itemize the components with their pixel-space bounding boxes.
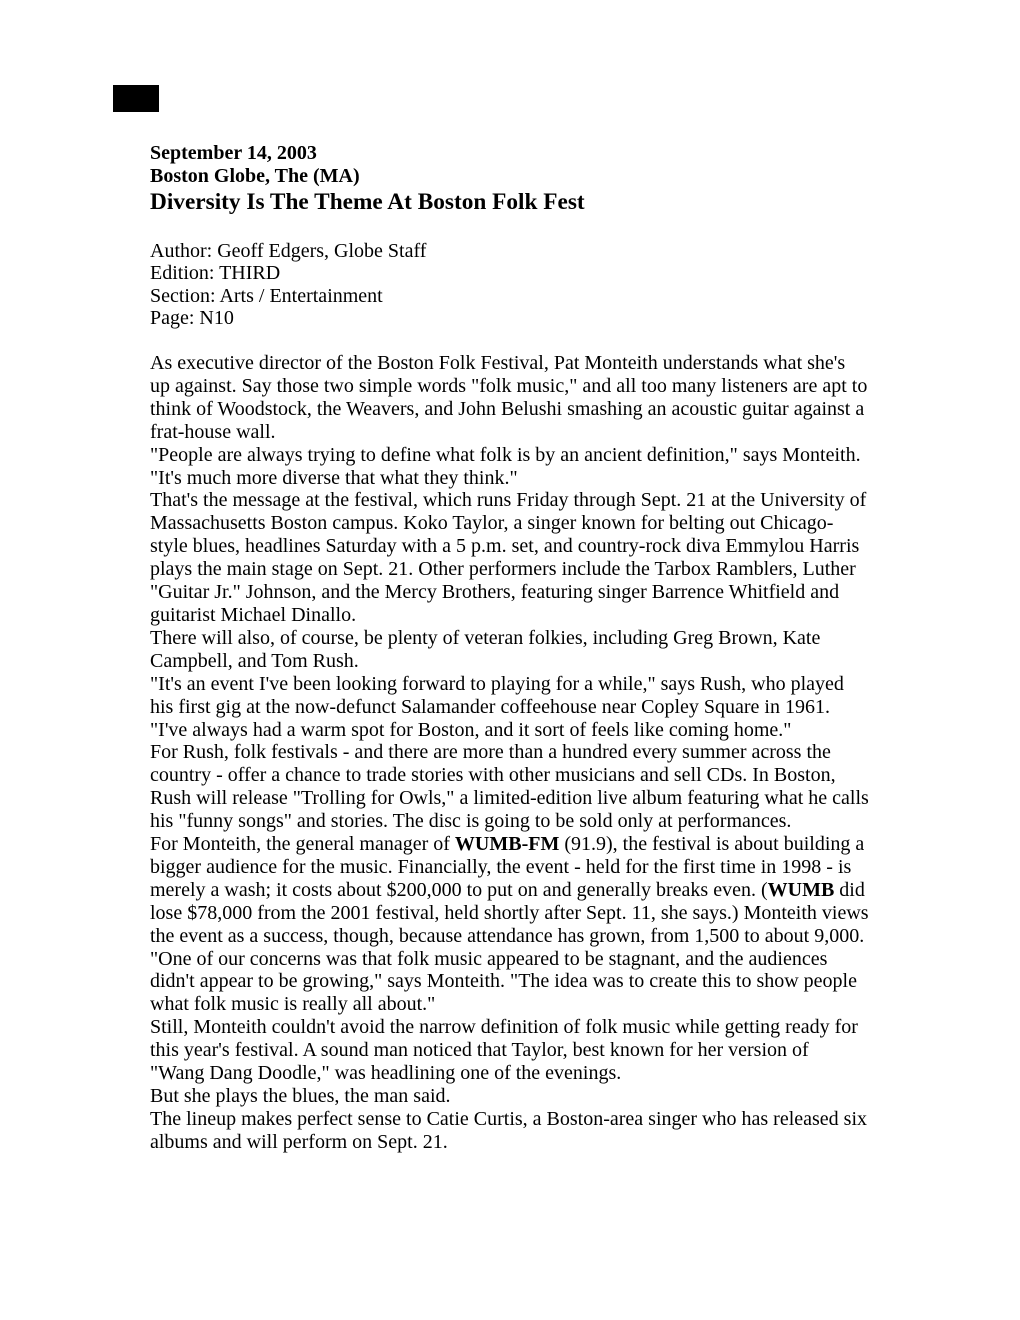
text: what folk music is really all about."	[150, 993, 435, 1015]
bold-text: WUMB-FM	[455, 833, 559, 855]
text: bigger audience for the music. Financial…	[150, 856, 851, 878]
text: plays the main stage on Sept. 21. Other …	[150, 558, 856, 580]
text: For Rush, folk festivals - and there are…	[150, 741, 831, 763]
text: "Guitar Jr." Johnson, and the Mercy Brot…	[150, 581, 839, 603]
article-line: up against. Say those two simple words "…	[150, 375, 910, 398]
article-line: "Wang Dang Doodle," was headlining one o…	[150, 1062, 910, 1085]
text: Campbell, and Tom Rush.	[150, 650, 359, 672]
article-line: Rush will release "Trolling for Owls," a…	[150, 787, 910, 810]
article-line: For Rush, folk festivals - and there are…	[150, 741, 910, 764]
article-body: As executive director of the Boston Folk…	[150, 352, 910, 1154]
article: September 14, 2003 Boston Globe, The (MA…	[150, 142, 910, 1154]
article-line: The lineup makes perfect sense to Catie …	[150, 1108, 910, 1131]
text: merely a wash; it costs about $200,000 t…	[150, 879, 768, 901]
article-date: September 14, 2003	[150, 142, 910, 165]
article-line: "People are always trying to define what…	[150, 444, 910, 467]
bold-text: WUMB	[768, 879, 835, 901]
text: "One of our concerns was that folk music…	[150, 948, 827, 970]
text: (91.9), the festival is about building a	[559, 833, 864, 855]
article-line: As executive director of the Boston Folk…	[150, 352, 910, 375]
meta-page: Page: N10	[150, 307, 910, 330]
text: his "funny songs" and stories. The disc …	[150, 810, 791, 832]
text: Still, Monteith couldn't avoid the narro…	[150, 1016, 858, 1038]
text: country - offer a chance to trade storie…	[150, 764, 836, 786]
blank-line	[150, 217, 910, 240]
meta-edition: Edition: THIRD	[150, 262, 910, 285]
text: did	[834, 879, 865, 901]
article-line: frat-house wall.	[150, 421, 910, 444]
article-line: That's the message at the festival, whic…	[150, 489, 910, 512]
article-line: For Monteith, the general manager of WUM…	[150, 833, 910, 856]
text: "People are always trying to define what…	[150, 444, 861, 466]
text: the event as a success, though, because …	[150, 925, 864, 947]
text: "It's an event I've been looking forward…	[150, 673, 844, 695]
text: his first gig at the now-defunct Salaman…	[150, 696, 830, 718]
article-line: There will also, of course, be plenty of…	[150, 627, 910, 650]
article-line: didn't appear to be growing," says Monte…	[150, 970, 910, 993]
meta-section: Section: Arts / Entertainment	[150, 285, 910, 308]
text: Massachusetts Boston campus. Koko Taylor…	[150, 512, 833, 534]
article-line: what folk music is really all about."	[150, 993, 910, 1016]
document-page: September 14, 2003 Boston Globe, The (MA…	[0, 0, 1020, 1320]
article-line: his "funny songs" and stories. The disc …	[150, 810, 910, 833]
text: For Monteith, the general manager of	[150, 833, 455, 855]
article-line: merely a wash; it costs about $200,000 t…	[150, 879, 910, 902]
article-line: plays the main stage on Sept. 21. Other …	[150, 558, 910, 581]
article-line: style blues, headlines Saturday with a 5…	[150, 535, 910, 558]
article-line: Still, Monteith couldn't avoid the narro…	[150, 1016, 910, 1039]
article-line: bigger audience for the music. Financial…	[150, 856, 910, 879]
meta-author: Author: Geoff Edgers, Globe Staff	[150, 240, 910, 263]
article-line: Massachusetts Boston campus. Koko Taylor…	[150, 512, 910, 535]
embedded-image-placeholder	[113, 85, 159, 112]
article-line: country - offer a chance to trade storie…	[150, 764, 910, 787]
text: think of Woodstock, the Weavers, and Joh…	[150, 398, 864, 420]
text: "I've always had a warm spot for Boston,…	[150, 719, 791, 741]
article-line: the event as a success, though, because …	[150, 925, 910, 948]
article-title: Diversity Is The Theme At Boston Folk Fe…	[150, 187, 910, 217]
article-line: "One of our concerns was that folk music…	[150, 948, 910, 971]
article-line: this year's festival. A sound man notice…	[150, 1039, 910, 1062]
text: this year's festival. A sound man notice…	[150, 1039, 809, 1061]
text: There will also, of course, be plenty of…	[150, 627, 820, 649]
text: style blues, headlines Saturday with a 5…	[150, 535, 859, 557]
article-line: "It's much more diverse that what they t…	[150, 467, 910, 490]
text: lose $78,000 from the 2001 festival, hel…	[150, 902, 869, 924]
text: The lineup makes perfect sense to Catie …	[150, 1108, 867, 1130]
article-line: But she plays the blues, the man said.	[150, 1085, 910, 1108]
text: But she plays the blues, the man said.	[150, 1085, 451, 1107]
text: albums and will perform on Sept. 21.	[150, 1131, 448, 1153]
article-line: "I've always had a warm spot for Boston,…	[150, 719, 910, 742]
article-line: "It's an event I've been looking forward…	[150, 673, 910, 696]
article-line: guitarist Michael Dinallo.	[150, 604, 910, 627]
article-source: Boston Globe, The (MA)	[150, 165, 910, 188]
blank-line	[150, 330, 910, 353]
text: didn't appear to be growing," says Monte…	[150, 970, 857, 992]
text: That's the message at the festival, whic…	[150, 489, 866, 511]
article-line: his first gig at the now-defunct Salaman…	[150, 696, 910, 719]
article-line: albums and will perform on Sept. 21.	[150, 1131, 910, 1154]
article-line: lose $78,000 from the 2001 festival, hel…	[150, 902, 910, 925]
text: frat-house wall.	[150, 421, 276, 443]
text: Rush will release "Trolling for Owls," a…	[150, 787, 869, 809]
text: guitarist Michael Dinallo.	[150, 604, 356, 626]
article-line: Campbell, and Tom Rush.	[150, 650, 910, 673]
article-line: think of Woodstock, the Weavers, and Joh…	[150, 398, 910, 421]
article-line: "Guitar Jr." Johnson, and the Mercy Brot…	[150, 581, 910, 604]
text: As executive director of the Boston Folk…	[150, 352, 845, 374]
text: up against. Say those two simple words "…	[150, 375, 867, 397]
text: "Wang Dang Doodle," was headlining one o…	[150, 1062, 621, 1084]
text: "It's much more diverse that what they t…	[150, 467, 518, 489]
